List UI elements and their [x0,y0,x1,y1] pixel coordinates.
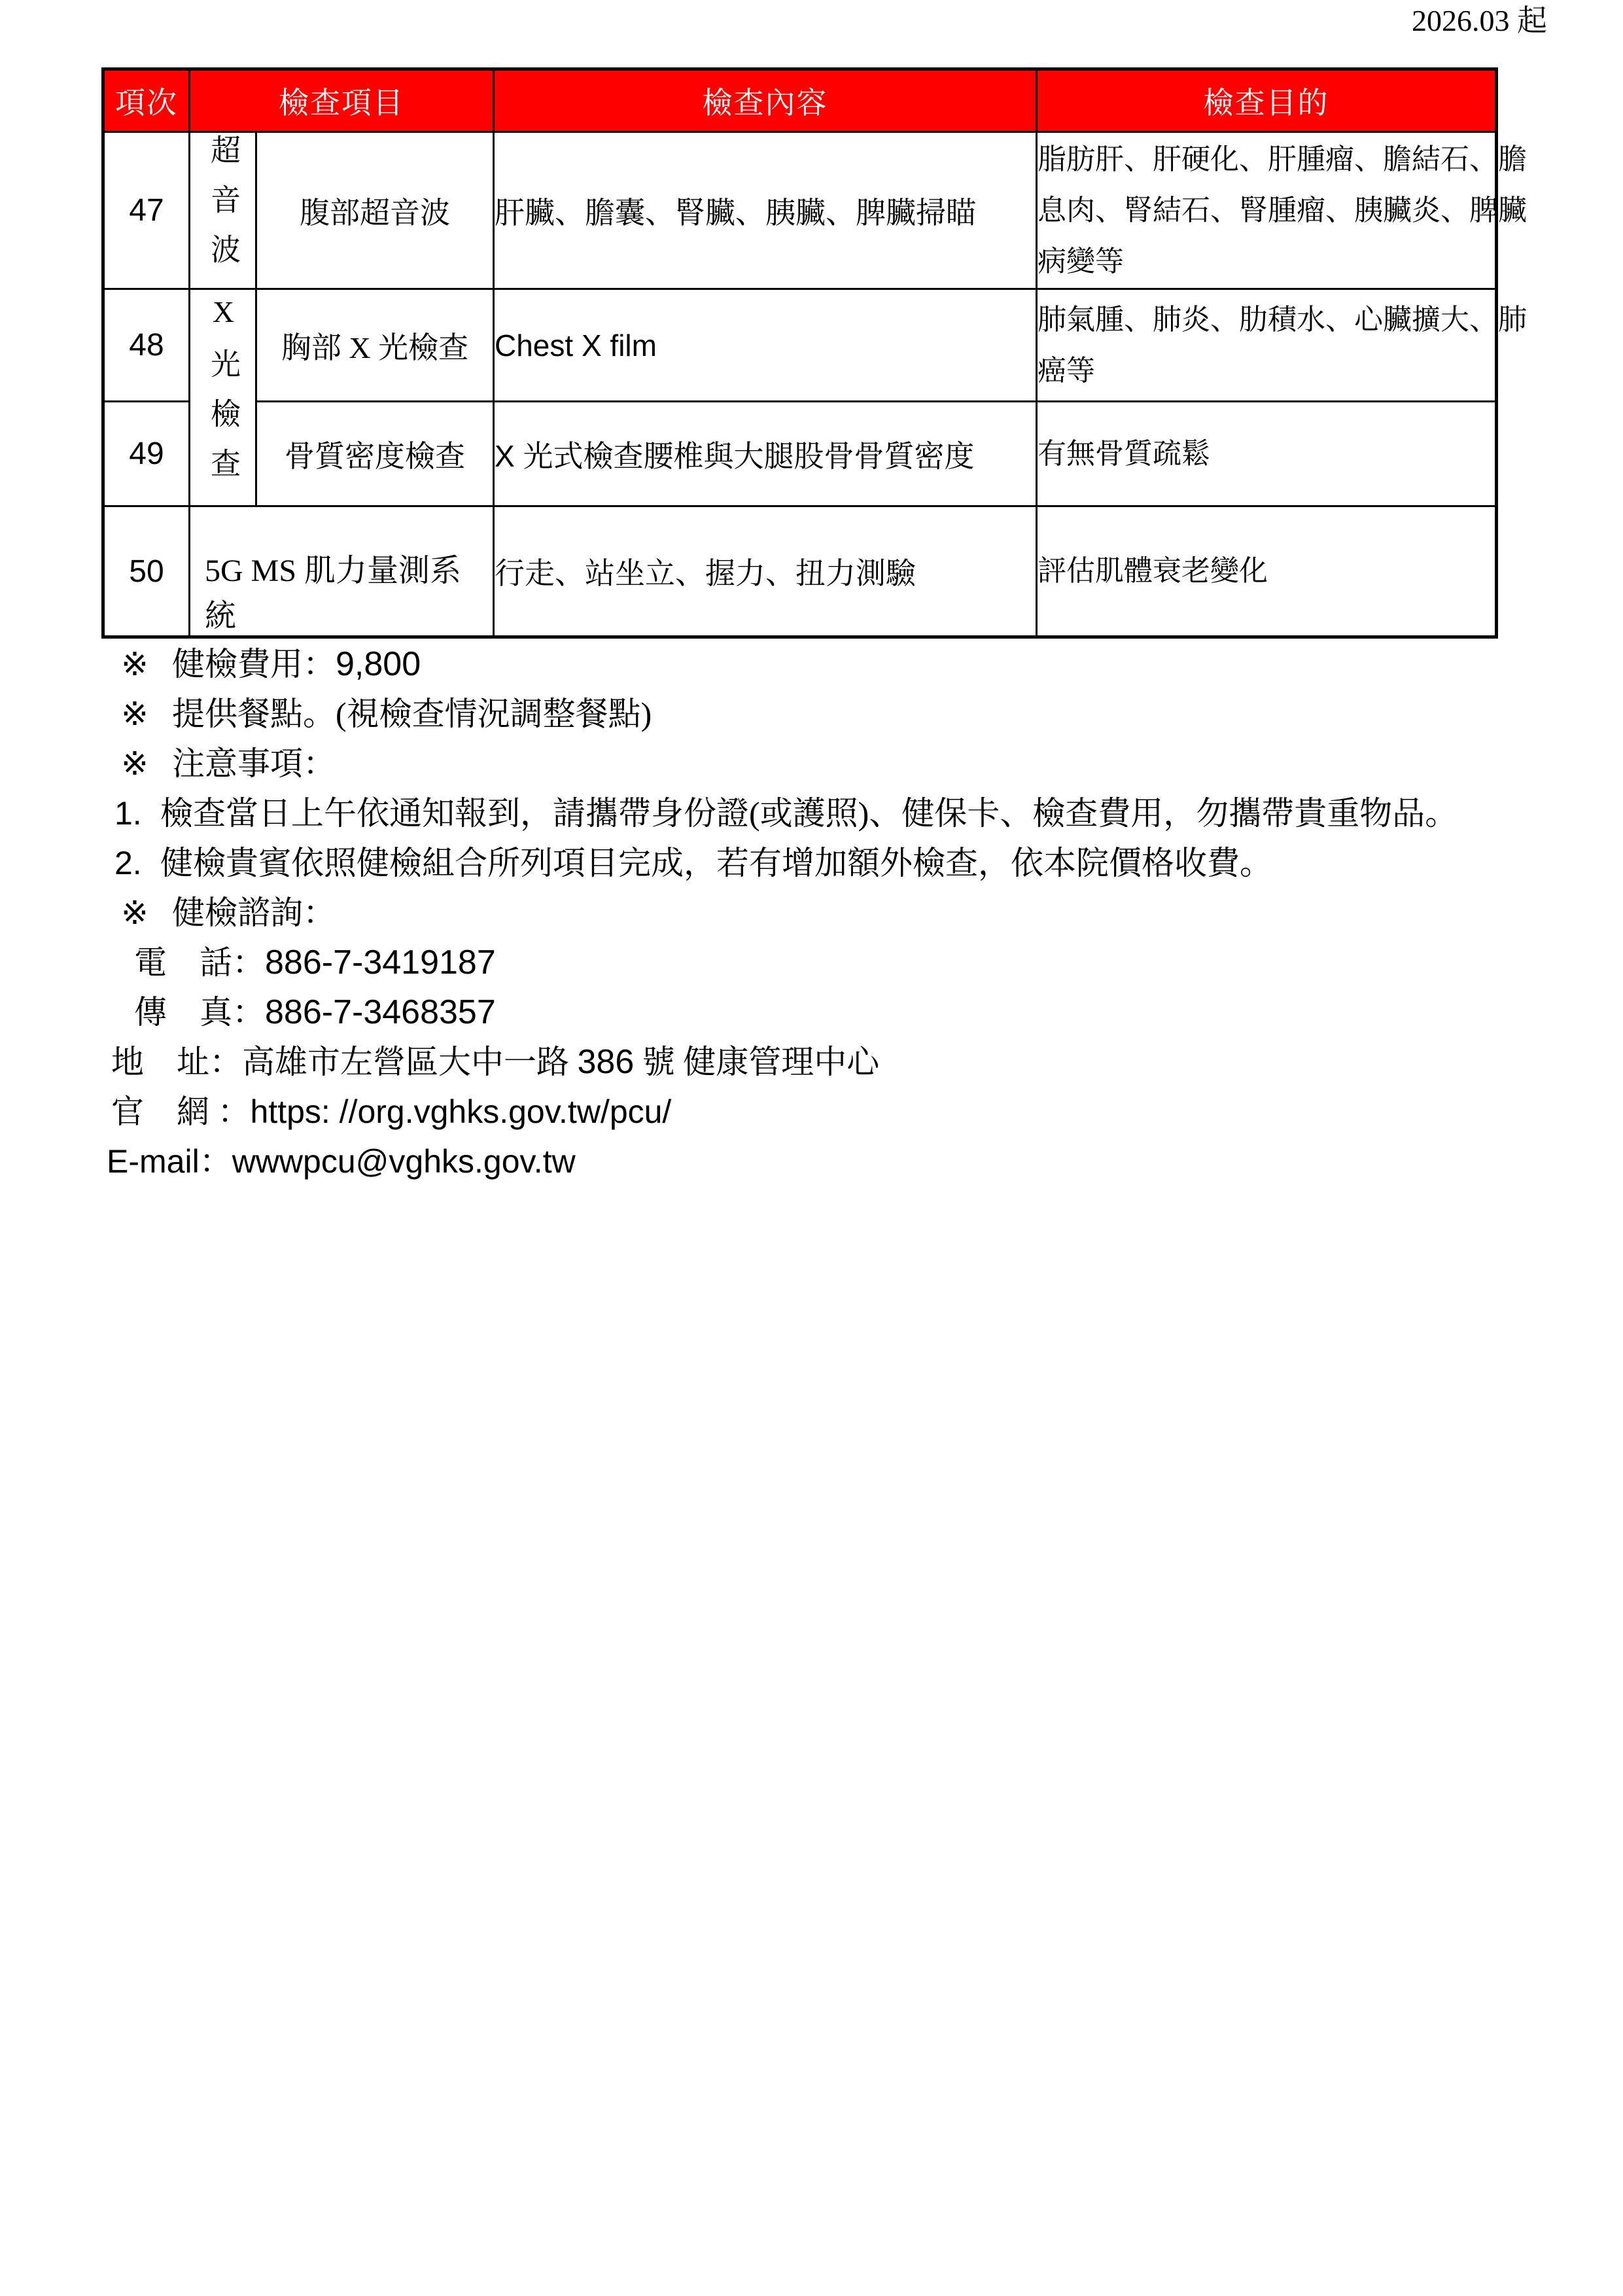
table-row: 47 超音波 腹部超音波 肝臟、膽囊、腎臟、胰臟、脾臟掃瞄 脂肪肝、肝硬化、肝腫… [103,132,1497,289]
table-row: 50 5G MS 肌力量測系統 行走、站坐立、握力、扭力測驗 評估肌體衰老變化 [103,506,1497,637]
note-fee-label: 健檢費用： [172,646,336,682]
row47-item: 腹部超音波 [256,132,494,289]
table-header-row: 項次 檢查項目 檢查內容 檢查目的 [103,69,1497,132]
note-fee-value: 9,800 [336,645,421,683]
purpose-text-line: 肺氣腫、肺炎、肋積水、心臟擴大、肺 [1038,294,1495,345]
col-header-purpose: 檢查目的 [1037,69,1497,132]
note-item-2-text: 健檢貴賓依照健檢組合所列項目完成，若有增加額外檢查，依本院價格收費。 [160,845,1272,881]
website-url: https: //org.vghks.gov.tw/pcu/ [251,1093,672,1130]
note-item-1-text: 檢查當日上午依通知報到，請攜帶身份證(或護照)、健保卡、檢查費用，勿攜帶貴重物品… [160,795,1457,832]
address-label: 地 址： [111,1044,242,1080]
note-consult-heading: ※健檢諮詢： [0,888,1623,938]
col-header-item: 檢查項目 [190,69,494,132]
table-row: 49 骨質密度檢查 X 光式檢查腰椎與大腿股骨骨質密度 有無骨質疏鬆 [103,402,1497,506]
list-number: 2. [114,838,146,888]
note-item-2: 2.健檢貴賓依照健檢組合所列項目完成，若有增加額外檢查，依本院價格收費。 [0,838,1623,888]
row48-no: 48 [103,289,190,402]
address-street-number: 386 [578,1043,635,1081]
phone-label: 電 話： [134,944,265,981]
purpose-text-line: 息肉、腎結石、腎腫瘤、胰臟炎、脾臟 [1038,185,1495,236]
note-meal: ※提供餐點。(視檢查情況調整餐點) [0,689,1623,739]
address-value-post: 號 健康管理中心 [634,1044,879,1080]
row49-purpose: 有無骨質疏鬆 [1037,402,1497,506]
contact-phone: 電 話：886-7-3419187 [0,938,1623,987]
row50-no: 50 [103,506,190,637]
category-xray-label: X光檢查 [190,295,256,497]
effective-date-note: 2026.03 起 [1412,3,1547,39]
note-marker: ※ [121,639,152,689]
col-header-content: 檢查內容 [494,69,1037,132]
fax-value: 886-7-3468357 [265,993,496,1031]
phone-value: 886-7-3419187 [265,944,496,981]
note-fee: ※健檢費用：9,800 [0,639,1623,689]
row47-content: 肝臟、膽囊、腎臟、胰臟、脾臟掃瞄 [494,132,1037,289]
note-marker: ※ [121,888,152,938]
row48-purpose: 肺氣腫、肺炎、肋積水、心臟擴大、肺 癌等 [1037,289,1497,402]
row47-purpose: 脂肪肝、肝硬化、肝腫瘤、膽結石、膽 息肉、腎結石、腎腫瘤、胰臟炎、脾臟 病變等 [1037,132,1497,289]
contact-website: 官 網 ：https: //org.vghks.gov.tw/pcu/ [0,1087,1623,1137]
row49-no: 49 [103,402,190,506]
email-value: wwwpcu@vghks.gov.tw [232,1143,576,1180]
contact-email: E-mail：wwwpcu@vghks.gov.tw [0,1137,1623,1186]
note-consult-label: 健檢諮詢： [172,894,336,931]
purpose-text-line: 病變等 [1038,236,1495,287]
note-marker: ※ [121,689,152,739]
exam-items-table: 項次 檢查項目 檢查內容 檢查目的 47 超音波 腹部超音波 肝臟、膽囊、腎臟、… [101,67,1498,639]
row48-49-category: X光檢查 [190,289,256,506]
purpose-text-line: 有無骨質疏鬆 [1038,429,1495,480]
table-row: 48 X光檢查 胸部 X 光檢查 Chest X film 肺氣腫、肺炎、肋積水… [103,289,1497,402]
row48-content: Chest X film [494,289,1037,402]
row49-content: X 光式檢查腰椎與大腿股骨骨質密度 [494,402,1037,506]
note-attention-heading: ※注意事項： [0,739,1623,788]
row48-item: 胸部 X 光檢查 [256,289,494,402]
col-header-no: 項次 [103,69,190,132]
purpose-text-line: 癌等 [1038,345,1495,397]
note-marker: ※ [121,739,152,788]
row47-no: 47 [103,132,190,289]
purpose-text-line: 脂肪肝、肝硬化、肝腫瘤、膽結石、膽 [1038,134,1495,185]
row50-item: 5G MS 肌力量測系統 [190,506,494,637]
contact-address: 地 址：高雄市左營區大中一路 386 號 健康管理中心 [0,1037,1623,1087]
address-value-pre: 高雄市左營區大中一路 [242,1044,578,1080]
note-meal-text: 提供餐點。(視檢查情況調整餐點) [172,696,652,732]
document-page: 2026.03 起 項次 檢查項目 檢查內容 檢查目的 47 超音波 腹部超音波… [0,0,1623,2296]
row47-category: 超音波 [190,132,256,289]
fax-label: 傳 真： [134,994,265,1031]
row50-purpose: 評估肌體衰老變化 [1037,506,1497,637]
notes-section: ※健檢費用：9,800 ※提供餐點。(視檢查情況調整餐點) ※注意事項： 1.檢… [0,639,1623,1186]
email-label: E-mail： [107,1143,232,1180]
row50-content: 行走、站坐立、握力、扭力測驗 [494,506,1037,637]
note-attention-label: 注意事項： [172,745,336,782]
list-number: 1. [114,788,146,838]
contact-fax: 傳 真：886-7-3468357 [0,987,1623,1037]
purpose-text-line: 評估肌體衰老變化 [1038,546,1495,597]
note-item-1: 1.檢查當日上午依通知報到，請攜帶身份證(或護照)、健保卡、檢查費用，勿攜帶貴重… [0,788,1623,838]
category-ultrasound-label: 超音波 [190,134,256,283]
row49-item: 骨質密度檢查 [256,402,494,506]
website-label: 官 網 ： [111,1093,251,1130]
